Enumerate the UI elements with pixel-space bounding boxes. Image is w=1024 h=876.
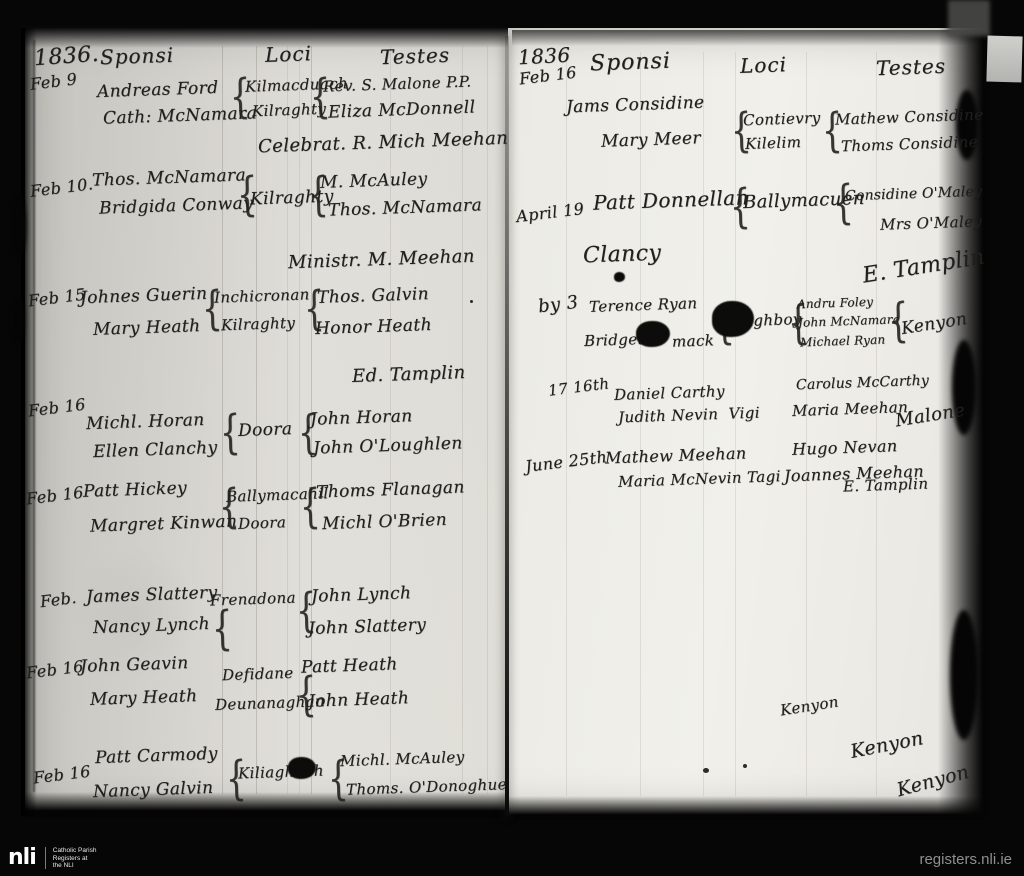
rule-line bbox=[735, 52, 736, 796]
witness-name: Honor Heath bbox=[315, 315, 433, 339]
witness-name: John Heath bbox=[308, 688, 410, 712]
bride-name: Mary Meer bbox=[601, 128, 702, 151]
witness-name: E. Tamplin bbox=[843, 475, 929, 496]
witness-name: Thos. Galvin bbox=[317, 284, 430, 308]
witness-name: John Lynch bbox=[311, 583, 412, 606]
groom-name: Daniel Carthy bbox=[614, 382, 725, 404]
bride-name: Nancy Lynch bbox=[93, 614, 211, 638]
bride-name: Mary Heath bbox=[93, 316, 201, 340]
rule-line bbox=[876, 52, 877, 796]
ink-speck bbox=[470, 300, 473, 303]
nli-logotype: nli bbox=[8, 848, 36, 868]
site-url: registers.nli.ie bbox=[919, 851, 1012, 868]
page-tab bbox=[986, 36, 1022, 83]
rule-line bbox=[566, 52, 567, 796]
logo-divider bbox=[45, 847, 46, 869]
place-line: Doora bbox=[238, 419, 293, 441]
groom-name: John Geavin bbox=[80, 653, 189, 677]
witness-name: Mrs O'Maley bbox=[880, 212, 983, 234]
rule-line bbox=[462, 46, 463, 794]
bride-name: Clancy bbox=[583, 241, 662, 269]
witness-name: Hugo Nevan bbox=[792, 436, 898, 459]
witness-name: Patt Heath bbox=[301, 654, 398, 677]
logo-caption-line: Registers at bbox=[53, 855, 97, 863]
brace: { bbox=[211, 604, 232, 651]
logo-caption-line: Catholic Parish bbox=[53, 847, 97, 855]
groom-name: Patt Hickey bbox=[83, 478, 188, 502]
witness-name: John Slattery bbox=[308, 615, 427, 639]
place-line: Contievry bbox=[743, 109, 821, 130]
place-line: Inchicronan bbox=[214, 285, 310, 306]
witness-name: John Horan bbox=[310, 406, 413, 430]
register-scan: 1836. Sponsi Loci Testes Feb 9 Andreas F… bbox=[0, 0, 1024, 876]
column-header-testes: Testes bbox=[380, 43, 451, 69]
place-line: Defidane bbox=[222, 664, 294, 684]
year-label: 1836. bbox=[33, 42, 100, 71]
bride-name: Nancy Galvin bbox=[93, 778, 214, 802]
ink-speck bbox=[703, 768, 709, 773]
rule-line bbox=[806, 52, 807, 796]
binding-shadow bbox=[13, 298, 24, 344]
column-header-sponsi: Sponsi bbox=[100, 43, 175, 70]
place-line: Doora bbox=[238, 513, 287, 533]
place-line: Kilraghty bbox=[221, 314, 296, 335]
groom-name: Michl. Horan bbox=[86, 410, 205, 434]
logo-caption-line: the NLI bbox=[53, 862, 97, 870]
edge-shadow bbox=[950, 610, 978, 740]
binding-shadow bbox=[12, 195, 26, 257]
bride-name: Mary Heath bbox=[90, 686, 198, 710]
witness-name: M. McAuley bbox=[320, 169, 428, 193]
column-header-loci: Loci bbox=[265, 41, 313, 67]
celebrant-note: Ed. Tamplin bbox=[352, 362, 466, 387]
bride-name-cont: mack bbox=[672, 331, 715, 350]
groom-name: Andreas Ford bbox=[97, 78, 219, 102]
groom-name: Patt Carmody bbox=[95, 744, 218, 768]
rule-line bbox=[487, 46, 488, 794]
witness-name: Andru Foley bbox=[797, 295, 874, 312]
column-header-testes: Testes bbox=[876, 54, 947, 80]
groom-name: Terence Ryan bbox=[589, 294, 698, 316]
ink-speck bbox=[743, 764, 747, 768]
logo-caption: Catholic Parish Registers at the NLI bbox=[53, 847, 97, 870]
column-header-sponsi: Sponsi bbox=[590, 49, 672, 77]
column-header-loci: Loci bbox=[740, 52, 788, 78]
witness-name: Michael Ryan bbox=[800, 333, 886, 350]
rule-line bbox=[703, 52, 704, 796]
nli-logo: nli Catholic Parish Registers at the NLI bbox=[8, 847, 96, 870]
place-line: Kilelim bbox=[745, 133, 802, 153]
